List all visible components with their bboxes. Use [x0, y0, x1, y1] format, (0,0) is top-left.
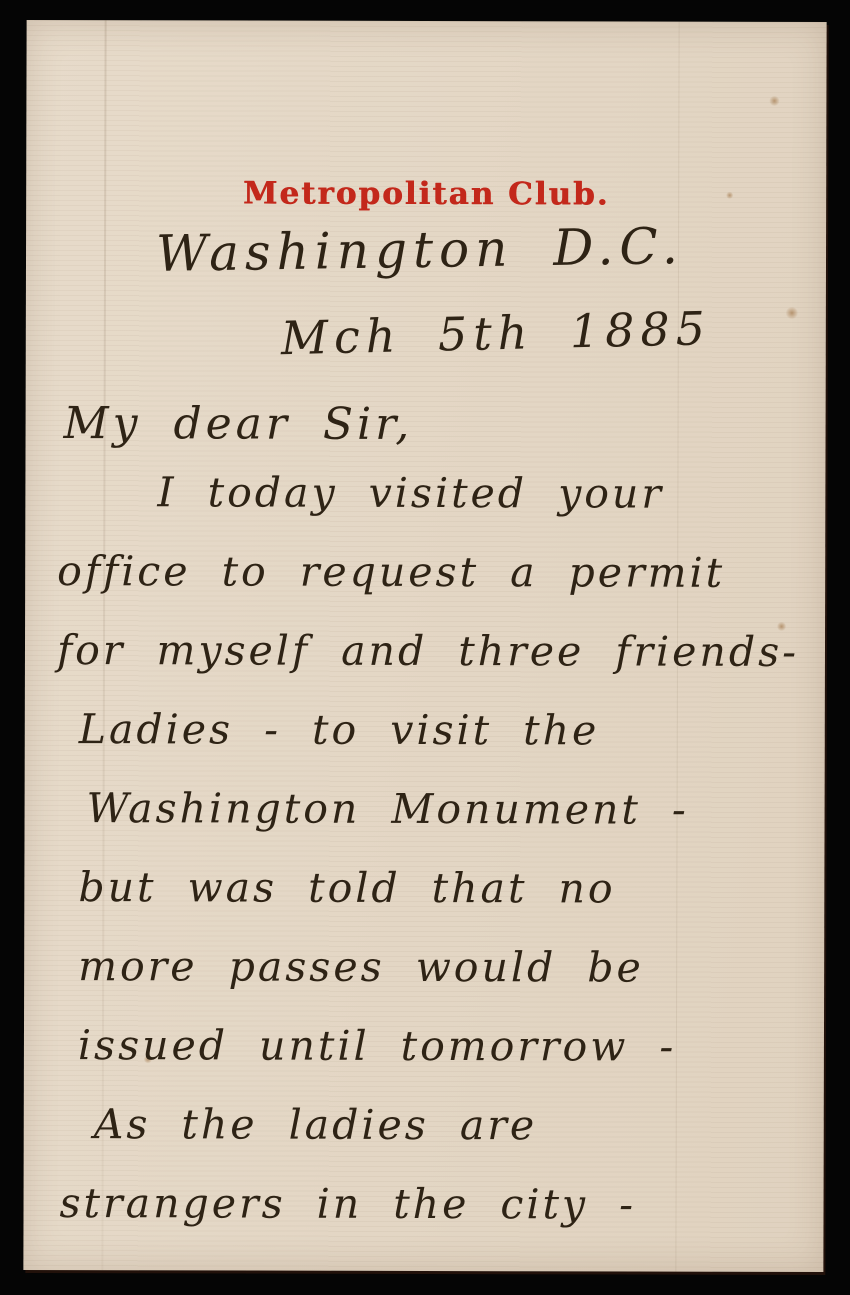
handwritten-date-line: Mch 5th 1885 [280, 301, 711, 365]
letterhead-text: Metropolitan Club. [26, 175, 826, 213]
handwritten-body: I today visited your office to request a… [55, 468, 847, 1260]
body-line: Washington Monument - [56, 784, 846, 865]
handwritten-salutation: My dear Sir, [64, 398, 414, 450]
body-line: Ladies - to visit the [57, 705, 847, 786]
foxing-spot [786, 307, 798, 319]
foxing-spot [769, 96, 779, 106]
body-line: issued until tomorrow - [56, 1021, 846, 1102]
body-line: strangers in the city - [55, 1179, 845, 1260]
body-line: I today visited your [57, 468, 847, 549]
body-line: for myself and three friends- [57, 626, 847, 707]
body-line: As the ladies are [56, 1100, 846, 1181]
handwritten-place-line: Washington D.C. [156, 217, 685, 283]
photo-background: Metropolitan Club. Washington D.C. Mch 5… [0, 0, 850, 1295]
body-line: office to request a permit [57, 547, 847, 628]
body-line: more passes would be [56, 942, 846, 1023]
body-line: but was told that no [56, 863, 846, 944]
letter-paper: Metropolitan Club. Washington D.C. Mch 5… [23, 20, 826, 1272]
